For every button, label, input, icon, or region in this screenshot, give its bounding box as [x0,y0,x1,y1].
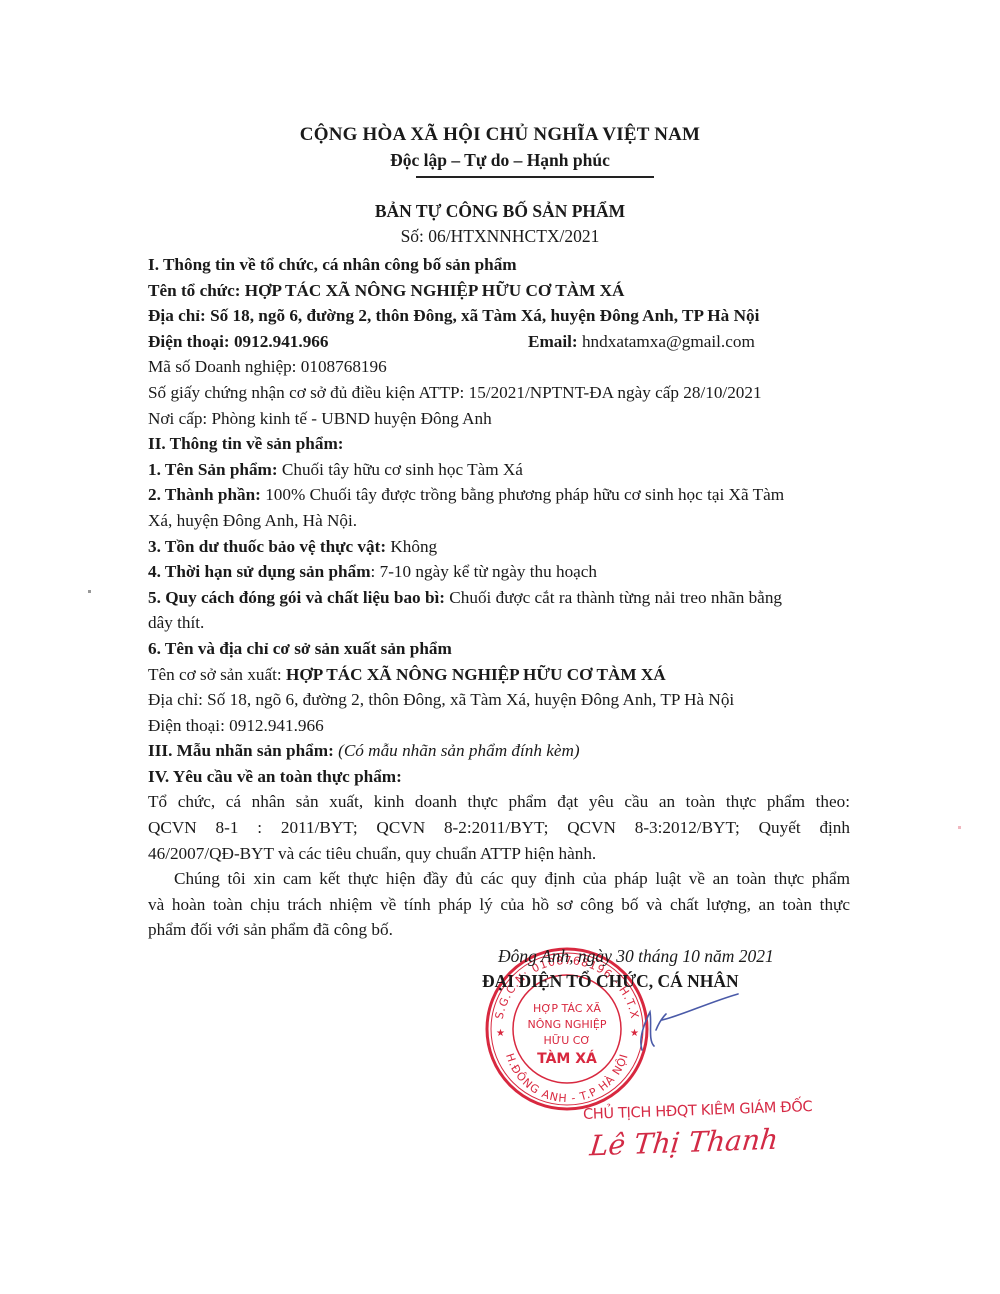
section-4-line-2: QCVN 8-1 : 2011/BYT; QCVN 8-2:2011/BYT; … [148,815,850,841]
org-address-row: Địa chỉ: Số 18, ngõ 6, đường 2, thôn Đôn… [148,303,850,329]
section-2-heading: II. Thông tin về sản phẩm: [148,431,850,457]
document-body: I. Thông tin về tổ chức, cá nhân công bố… [148,252,850,943]
svg-text:★: ★ [496,1028,505,1039]
item-value: Chuối tây hữu cơ sinh học Tàm Xá [282,460,523,479]
product-item-packaging: 5. Quy cách đóng gói và chất liệu bao bì… [148,585,850,611]
org-name-value: HỢP TÁC XÃ NÔNG NGHIỆP HỮU CƠ TÀM XÁ [245,281,625,300]
product-item-ingredients-cont: Xá, huyện Đông Anh, Hà Nội. [148,508,850,534]
item-label: 5. Quy cách đóng gói và chất liệu bao bì… [148,588,449,607]
motto-underline [416,176,654,178]
producer-phone: Điện thoại: 0912.941.966 [148,713,850,739]
commitment-line-2: và hoàn toàn chịu trách nhiệm về tính ph… [148,892,850,918]
section-4-line-1: Tổ chức, cá nhân sản xuất, kinh doanh th… [148,789,850,815]
scan-speck [88,590,91,593]
document-page: CỘNG HÒA XÃ HỘI CHỦ NGHĨA VIỆT NAM Độc l… [0,0,1000,1294]
org-name-label: Tên tổ chức: [148,281,245,300]
section-3-note: (Có mẫu nhãn sản phẩm đính kèm) [338,741,580,760]
stamp-line-4: TÀM XÁ [537,1050,597,1067]
item-value: Chuối được cắt ra thành từng nải treo nh… [449,588,782,607]
producer-name-label: Tên cơ sở sản xuất: [148,665,286,684]
email-label: Email: [528,332,582,351]
nation-heading: CỘNG HÒA XÃ HỘI CHỦ NGHĨA VIỆT NAM [0,124,1000,146]
stamp-line-3: HỮU CƠ [544,1034,591,1047]
item-label: 3. Tồn dư thuốc bảo vệ thực vật: [148,537,390,556]
place-date: Đông Anh, ngày 30 tháng 10 năm 2021 [498,946,774,967]
email-block: Email: hndxatamxa@gmail.com [528,329,755,355]
commitment-line-3: phẩm đối với sản phẩm đã công bố. [148,917,850,943]
product-item-ingredients: 2. Thành phần: 100% Chuối tây được trồng… [148,482,850,508]
item-value: Không [390,537,437,556]
business-code: Mã số Doanh nghiệp: 0108768196 [148,354,850,380]
producer-name-row: Tên cơ sở sản xuất: HỢP TÁC XÃ NÔNG NGHI… [148,662,850,688]
product-item-producer-heading: 6. Tên và địa chỉ cơ sở sản xuất sản phẩ… [148,636,850,662]
item-label: 4. Thời hạn sử dụng sản phẩm [148,562,371,581]
section-3-row: III. Mẫu nhãn sản phẩm: (Có mẫu nhãn sản… [148,738,850,764]
org-address-value: Số 18, ngõ 6, đường 2, thôn Đông, xã Tàm… [210,306,759,325]
representative-title: ĐẠI DIỆN TỔ CHỨC, CÁ NHÂN [482,971,739,992]
document-number: Số: 06/HTXNNHCTX/2021 [0,226,1000,247]
section-3-heading: III. Mẫu nhãn sản phẩm: [148,741,338,760]
section-1-heading: I. Thông tin về tổ chức, cá nhân công bố… [148,252,850,278]
scan-speck [958,826,961,829]
stamp-line-1: HỢP TÁC XÃ [533,1002,601,1015]
phone-value: 0912.941.966 [234,332,329,351]
section-4-heading: IV. Yêu cầu về an toàn thực phẩm: [148,764,850,790]
handwritten-signature-icon [620,990,740,1060]
org-address-label: Địa chỉ: [148,306,210,325]
org-name-row: Tên tổ chức: HỢP TÁC XÃ NÔNG NGHIỆP HỮU … [148,278,850,304]
product-item-name: 1. Tên Sản phẩm: Chuối tây hữu cơ sinh h… [148,457,850,483]
food-safety-certificate: Số giấy chứng nhận cơ sở đủ điều kiện AT… [148,380,850,406]
phone-label: Điện thoại: [148,332,234,351]
producer-name-value: HỢP TÁC XÃ NÔNG NGHIỆP HỮU CƠ TÀM XÁ [286,665,666,684]
item-value: : 7-10 ngày kể từ ngày thu hoạch [371,562,598,581]
commitment-line-1: Chúng tôi xin cam kết thực hiện đầy đủ c… [148,866,850,892]
product-item-shelf-life: 4. Thời hạn sử dụng sản phẩm: 7-10 ngày … [148,559,850,585]
email-value: hndxatamxa@gmail.com [582,332,755,351]
certificate-issuer: Nơi cấp: Phòng kinh tế - UBND huyện Đông… [148,406,850,432]
stamp-line-2: NÔNG NGHIỆP [528,1018,607,1031]
item-label: 2. Thành phần: [148,485,265,504]
product-item-packaging-cont: dây thít. [148,610,850,636]
item-value: 100% Chuối tây được trồng bằng phương ph… [265,485,784,504]
motto: Độc lập – Tự do – Hạnh phúc [0,150,1000,171]
signer-name-stamp: Lê Thị Thanh [588,1123,779,1163]
producer-address: Địa chỉ: Số 18, ngõ 6, đường 2, thôn Đôn… [148,687,850,713]
section-4-line-3: 46/2007/QĐ-BYT và các tiêu chuẩn, quy ch… [148,841,850,867]
product-item-residue: 3. Tồn dư thuốc bảo vệ thực vật: Không [148,534,850,560]
document-title: BẢN TỰ CÔNG BỐ SẢN PHẨM [0,201,1000,222]
item-label: 1. Tên Sản phẩm: [148,460,282,479]
contact-row: Điện thoại: 0912.941.966 Email: hndxatam… [148,329,850,355]
